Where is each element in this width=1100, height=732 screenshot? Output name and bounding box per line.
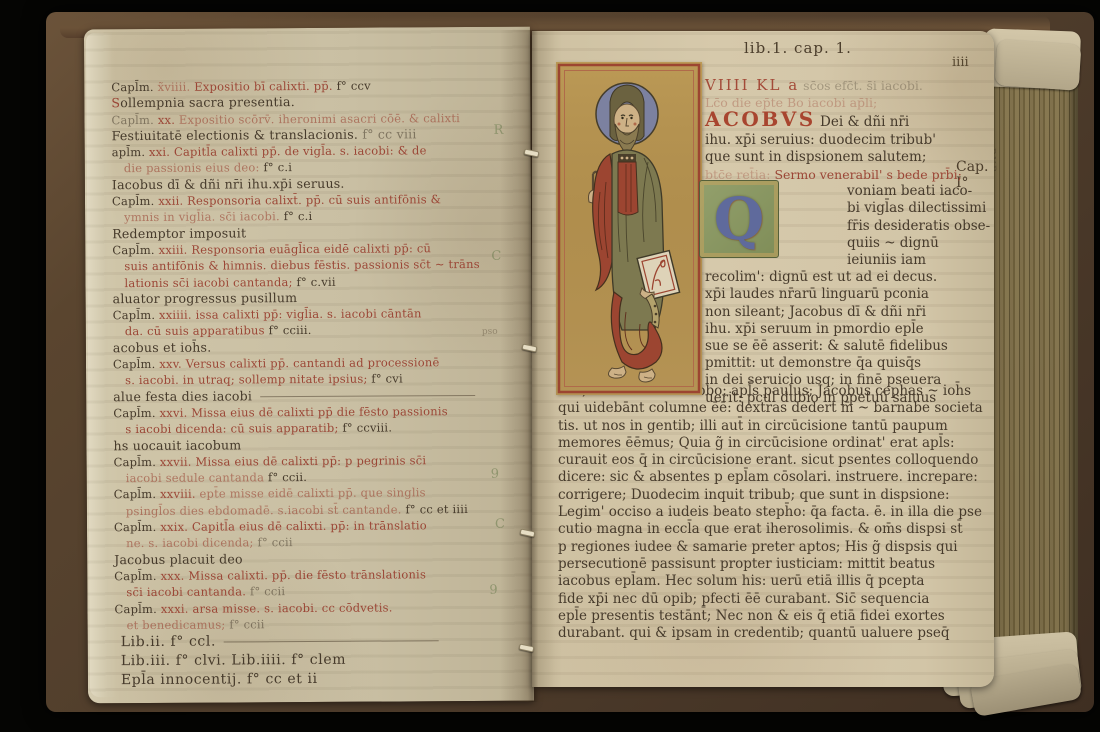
- manuscript-text-line: tis. ut nos in gentib; illi aut̄ in circ…: [558, 418, 992, 435]
- manuscript-text-line: Lib.iii. f° clvi. Lib.iiii. f° clem: [115, 650, 525, 672]
- bleed-through-glyph: R: [494, 123, 504, 138]
- illuminated-initial-q: Q: [699, 180, 779, 258]
- bleed-through-glyph: pso: [482, 327, 498, 337]
- manuscript-text-line: xp̄i laudes nr̄arū linguarū pconia: [705, 286, 991, 303]
- manuscript-text-line: ACOBVS Dei & dñi nr̄i: [705, 111, 991, 131]
- saint-james-illumination: [556, 62, 702, 395]
- manuscript-text-line: bi vigl̄as dilectissimi: [847, 200, 991, 217]
- manuscript-text-line: ihu. xp̄i seruum in pmordio epl̄e: [705, 321, 991, 338]
- manuscript-text-line: corrigere; Duodecim inquit tribub; que s…: [558, 487, 992, 504]
- manuscript-text-line: quiis ~ dignū: [847, 235, 991, 252]
- manuscript-text-line: suis antifōnis & himnis. diebus fēstis. …: [112, 256, 522, 275]
- bleed-through-glyph: C: [495, 517, 505, 532]
- left-page: Capl̄m. x̃viiii. Expositio bī calixti. p…: [84, 27, 534, 704]
- running-title: lib.1. cap. 1.: [744, 39, 852, 57]
- manuscript-text-line: voniam beati iaco-: [847, 183, 991, 200]
- manuscript-text-line: curauit eos q̄ in circūcisione erant. si…: [558, 452, 992, 469]
- manuscript-text-line: fr̄is desideratis obse-: [847, 218, 991, 235]
- photograph-black-background: BVR Capl̄m. x̃viiii. Expositio bī calixt…: [0, 0, 1100, 732]
- manuscript-text-line: ieiuniis iam: [847, 252, 991, 269]
- manuscript-text-line: recolim': dignū est ut ad ei decus.: [705, 269, 991, 286]
- manuscript-text-line: epl̄e presentis testānt̄; Nec non & eis …: [558, 608, 992, 625]
- manuscript-text-line: qui uidebānt columne ēē: dextras dedert …: [558, 400, 992, 417]
- manuscript-text-line: psingl̄os dies ebdomadē. s.iacobi st̄ ca…: [114, 500, 524, 519]
- manuscript-text-line: que sunt in dispsionem salutem;: [705, 149, 991, 166]
- right-page: lib.1. cap. 1. iiii Cap. I°: [532, 31, 994, 687]
- manuscript-text-line: Epl̄a innocentij. f° cc et ii: [115, 669, 525, 691]
- table-of-contents-block: Capl̄m. x̃viiii. Expositio bī calixti. p…: [111, 77, 525, 691]
- manuscript-text-line: ihu. xp̄i seruius: duodecim tribub': [705, 132, 991, 149]
- manuscript-text-line: sue se ēē asserit: & salutē fidelibus: [705, 338, 991, 355]
- manuscript-text-line: dicere: sic & absentes p epl̄am cōsolari…: [558, 469, 992, 486]
- manuscript-text-line: fide xp̄i nec dū opib; pfecti ēē curaban…: [558, 591, 992, 608]
- manuscript-text-line: cutio magna in eccl̄a que erat iherosoli…: [558, 521, 992, 538]
- bleed-through-glyph: 9: [491, 467, 499, 482]
- bleed-through-glyph: C: [491, 249, 501, 264]
- folio-number: iiii: [952, 55, 969, 70]
- fore-edge-page-stack: [980, 34, 1078, 688]
- bleed-through-glyph: 9: [489, 583, 497, 598]
- manuscript-text-line: Legim' occiso a iudeis beato steph̄o: q̄…: [558, 504, 992, 521]
- manuscript-text-line: durabant. qui & ipsam in credentib; quan…: [558, 625, 992, 642]
- manuscript-text-line: persecutionē passisunt propter iusticiam…: [558, 556, 992, 573]
- page-corner: [994, 39, 1081, 91]
- manuscript-text-line: alue festa dies iacobi: [113, 386, 523, 405]
- manuscript-text-line: memores ēēmus; Quia g̃ in circūcisione o…: [558, 435, 992, 452]
- manuscript-text-line: p regiones iudee & samarie preter aptos;…: [558, 539, 992, 556]
- manuscript-text-line: iacobus epl̄am. Hec solum his: uerū etiā…: [558, 573, 992, 590]
- initial-letter: Q: [714, 190, 765, 248]
- manuscript-text-line: Lib.ii. f° ccl.: [115, 631, 525, 653]
- manuscript-text-line: non sileant; Jacobus dī & dñi nr̄i: [705, 304, 991, 321]
- manuscript-text-line: pmittit: ut demonstre q̄a quisq̄s: [705, 355, 991, 372]
- manuscript-text-line: VIIII KL a sc̄os efc̄t. s̄i iacobi.: [705, 77, 991, 94]
- manuscript-text-line: Capl̄m. xx. Expositio scōrv̄. iheronimi …: [111, 109, 521, 128]
- text-block-below-illumination: erit; Dixit de hoc iacobo: apl̄s paulus;…: [558, 383, 992, 642]
